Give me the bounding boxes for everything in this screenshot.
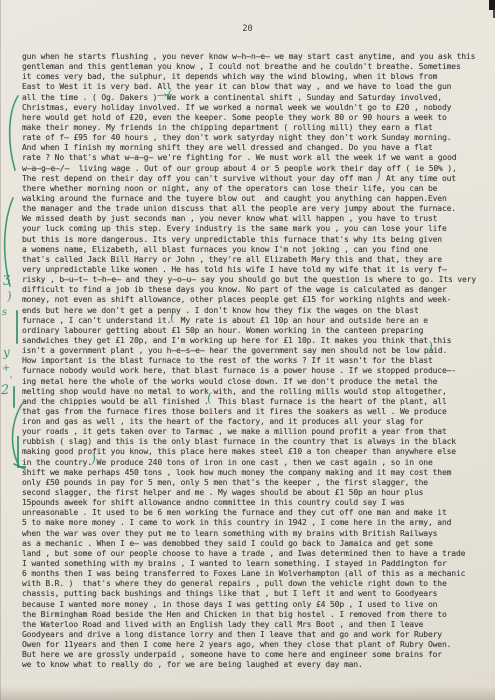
text-line: ing metal here the whole of the works wo…	[22, 377, 492, 387]
text-line: very unpredictable like women . He has t…	[22, 265, 492, 275]
green-close-paren-annotation-2: )	[428, 341, 434, 354]
text-line: isn't a government plant , you h̶e̶s̶e̶ …	[22, 346, 492, 356]
text-line: gentleman and this gentleman you know , …	[22, 62, 492, 72]
typescript-page: 20 gun when he starts flushing , you nev…	[0, 0, 495, 700]
text-line: 15pounds aweek for shift allowance andno…	[22, 498, 492, 508]
green-margin-tick-mark: '	[10, 376, 13, 386]
text-line: gun when he starts flushing , you never …	[22, 52, 492, 62]
text-line: walking around the furnace and the tuyer…	[22, 194, 492, 204]
text-line: unreasonable . It used to be 6 men worki…	[22, 508, 492, 518]
text-line: But here we are grossly underpaid , some…	[22, 650, 492, 660]
text-line: Owen for 11years and then I come here 2 …	[22, 640, 492, 650]
text-line: all the time . ( Og. Dakers ) We work a …	[22, 93, 492, 103]
green-margin-paren: )	[7, 290, 13, 302]
text-line: chassis, putting back bushings and thing…	[22, 589, 492, 599]
text-line: 5 to make more money . I came to work in…	[22, 518, 492, 528]
text-line: difficult to find a job ib these days yo…	[22, 285, 492, 295]
green-margin-line-3	[17, 436, 26, 468]
text-line: The rest depend on their day off you can…	[22, 174, 492, 184]
text-line: Christmas, every holiday involved. If we…	[22, 103, 492, 113]
text-line: there whether morning noon or night, any…	[22, 184, 492, 194]
text-line: How important is the blast furnace to th…	[22, 356, 492, 366]
text-line: that gas from the furnace fires those bo…	[22, 407, 492, 417]
green-open-paren-annotation-2: (	[207, 392, 213, 405]
text-line: Goodyears and drive a long distance lorr…	[22, 630, 492, 640]
text-line: we to know what to really do , for we ar…	[22, 660, 492, 670]
page-number: 20	[0, 24, 495, 34]
text-line: melting shop would have no metal to work…	[22, 387, 492, 397]
text-line: as a mechanic . When I e̶ was demobbed t…	[22, 539, 492, 549]
text-line: iron and gas as well , its the heart of …	[22, 417, 492, 427]
text-line: second slagger, the first helper and me …	[22, 488, 492, 498]
scan-artifact-corner	[489, 0, 495, 10]
text-line: furnace , I can't understand it. My rate…	[22, 316, 492, 326]
green-close-paren-annotation-3: )	[91, 453, 97, 466]
text-line: your roads , it gets taken over to Tarma…	[22, 427, 492, 437]
text-line: land , but some of our people choose to …	[22, 549, 492, 559]
text-line: when the war was over they put me to lea…	[22, 529, 492, 539]
text-line: only £50 pounds in pay for 5 men, only 5…	[22, 478, 492, 488]
text-line: but this is more dangerous. Its very unp…	[22, 235, 492, 245]
text-line: furnace nobody would work here, that bla…	[22, 366, 492, 376]
text-line: w̶a̶g̶e̶/̶ living wage . Out of our grou…	[22, 164, 492, 174]
text-line: it comes very bad, the sulphur, it depen…	[22, 72, 492, 82]
text-line: risky , b̶u̶t̶ t̶h̶e̶ and they y̶o̶u̶ sa…	[22, 275, 492, 285]
paper-edge	[0, 0, 1, 700]
text-line: a womens name, Elizabeth, all blast furn…	[22, 245, 492, 255]
text-line: rate of f̶ £95 for 40 hours , they don't…	[22, 133, 492, 143]
green-margin-squiggle: ʒ	[3, 272, 11, 285]
text-line: the Birmingham Road beside the Hen and C…	[22, 610, 492, 620]
text-line: rate ? No that's what w̶a̶g̶ we're fight…	[22, 153, 492, 163]
text-line: We missed death by just seconds man , yo…	[22, 214, 492, 224]
green-arrow-paren-annotation: →(	[157, 89, 173, 102]
green-margin-bracket-1	[4, 94, 22, 172]
green-close-paren-annotation-1: )	[376, 170, 382, 183]
text-line: I wanted something with my brains , I wa…	[22, 559, 492, 569]
green-open-paren-annotation-1: (	[170, 311, 176, 324]
text-line: ordinary labourer getting about £1 50p a…	[22, 326, 492, 336]
text-line: shift we make perhaps 450 tons , look ho…	[22, 468, 492, 478]
text-line: make their money. My friends in the chip…	[22, 123, 492, 133]
text-line: and the chippies would be all finished .…	[22, 397, 492, 407]
text-line: rubbish ( slag) and this is the only bla…	[22, 437, 492, 447]
green-margin-plus-mark: +	[2, 364, 11, 375]
text-line: And when I finish my morning shift they …	[22, 143, 492, 153]
text-line: money, not even as shift allowance, othe…	[22, 295, 492, 305]
text-line: the manager and the trade union discuss …	[22, 204, 492, 214]
scan-shadow-bottom	[0, 686, 495, 700]
text-line: East to West it is very bad. All the yea…	[22, 82, 492, 92]
green-margin-y-mark: y	[3, 346, 11, 358]
text-line: 6 months then I was being transferred to…	[22, 569, 492, 579]
text-line: that's called Jack Bill Harry or John , …	[22, 255, 492, 265]
green-margin-s-mark: s	[2, 308, 8, 318]
text-line: ends but here we don't get a penny . I d…	[22, 306, 492, 316]
text-line: here would get hold of £20, even the kee…	[22, 113, 492, 123]
typescript-text: gun when he starts flushing , you never …	[22, 52, 492, 671]
text-line: sandwiches they get £1 20p, and I'm work…	[22, 336, 492, 346]
text-line: your luck coming up this step. Every ind…	[22, 224, 492, 234]
text-line: the Waterloo Road and lived with an Engl…	[22, 620, 492, 630]
green-margin-line-1	[16, 310, 18, 344]
green-margin-2-mark: 2	[1, 384, 10, 398]
text-line: because I wanted more money , in those d…	[22, 600, 492, 610]
text-line: with B.R. ) that's where they do general…	[22, 579, 492, 589]
